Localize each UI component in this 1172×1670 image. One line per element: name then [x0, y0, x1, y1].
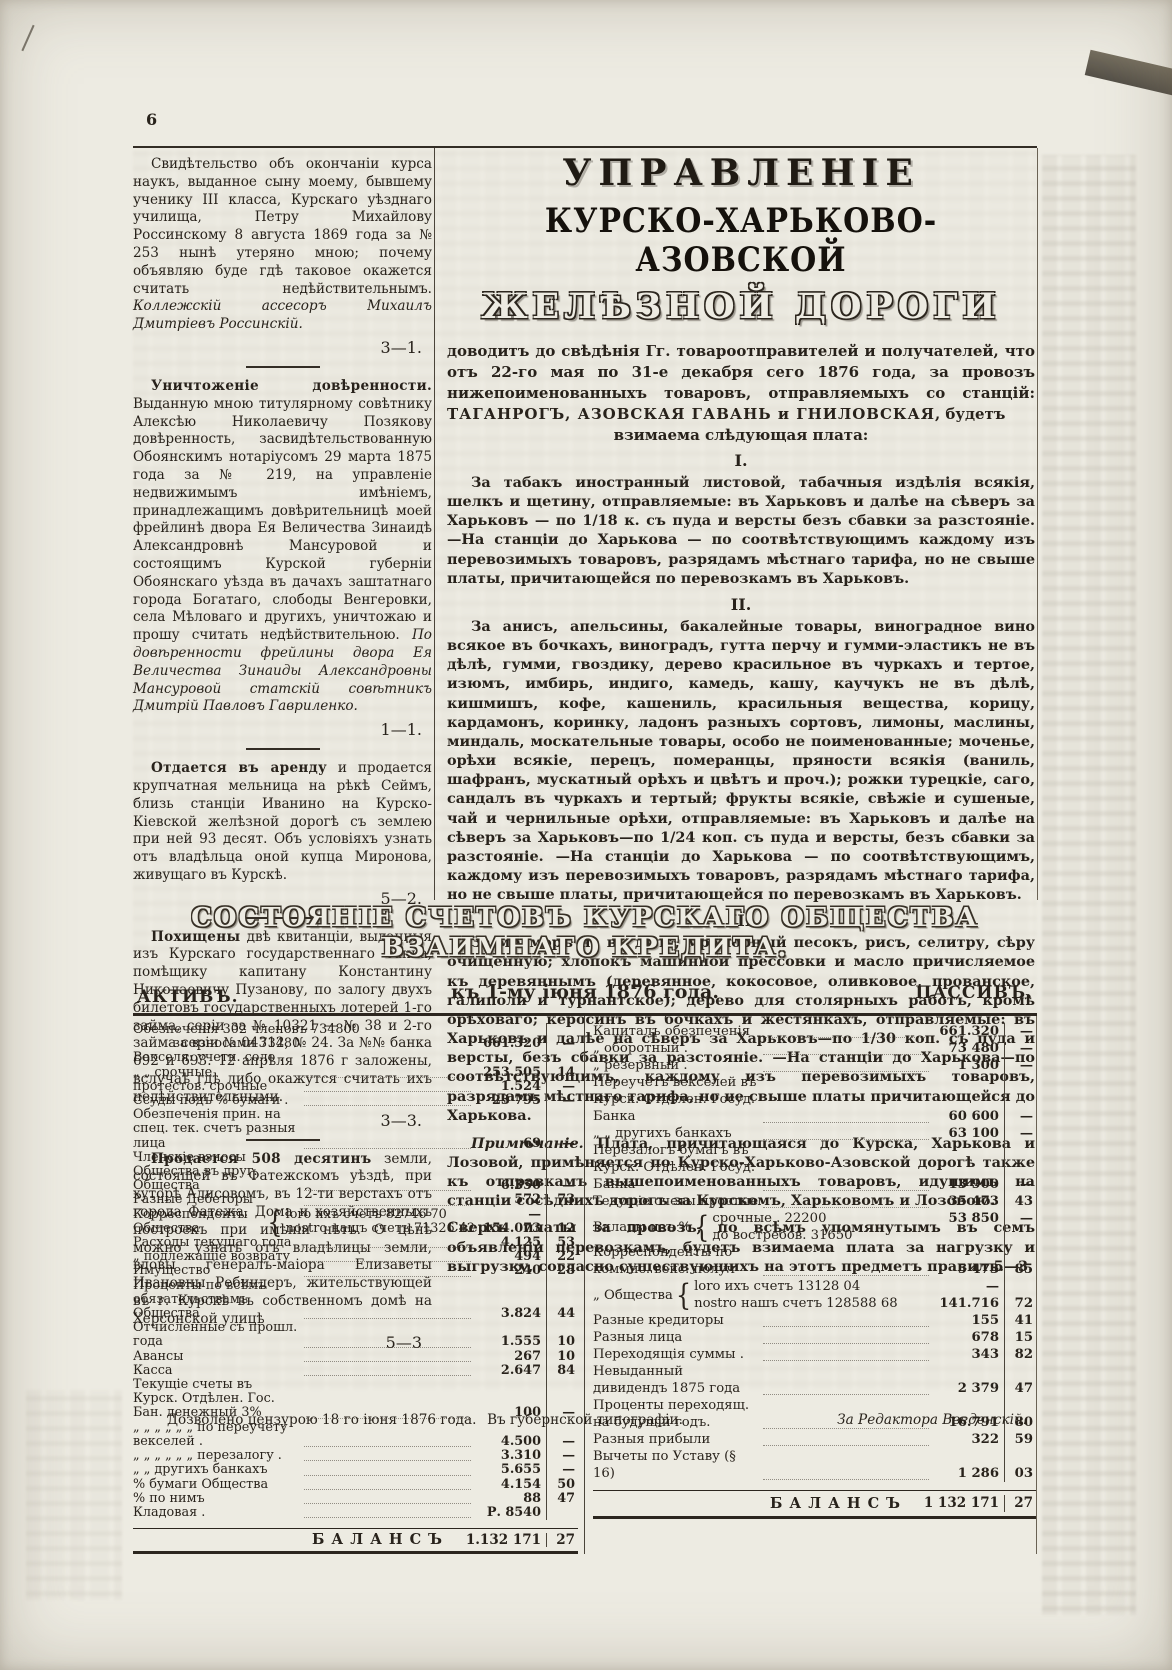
kopecks-value: 47: [1007, 1380, 1033, 1397]
kopecks-value: —: [1007, 1125, 1033, 1142]
table-row: „ „ другихъ банкахъ63 100—: [593, 1125, 1036, 1142]
kopecks-cell: 47: [546, 1492, 578, 1506]
table-row: Невыданный дивидендъ 1875 года2 37947: [593, 1363, 1036, 1397]
row-label: Переучетъ векселей въ Курск. Отдѣлен. Го…: [593, 1074, 759, 1125]
table-row: Кладовая .Р. 8540: [133, 1506, 578, 1520]
kopecks-cell: —: [1004, 1142, 1036, 1193]
kopecks-value: —: [549, 1137, 575, 1151]
rubles-cell: 2 379: [933, 1380, 999, 1397]
ad-separator-rule: [246, 748, 320, 750]
row-label-text: Капиталъ обезпеченія: [593, 1023, 759, 1040]
kopecks-value: [1007, 1278, 1033, 1295]
kopecks-cell: —: [1004, 1057, 1036, 1074]
row-label: Векселя: учетн. соло .: [133, 1051, 475, 1065]
kopecks-value: 14: [549, 1066, 575, 1080]
kopecks-cell: 10: [546, 1321, 578, 1349]
rubles-cell: 253.505: [475, 1066, 541, 1080]
rubles-cell: 1 286: [933, 1465, 999, 1482]
dot-leader: [304, 1081, 471, 1092]
brace-line: до востребов. 31650: [712, 1227, 852, 1244]
kopecks-value: —: [549, 1094, 575, 1108]
rubles-cell: 4.500: [475, 1435, 541, 1449]
kopecks-cell: 03: [1004, 1448, 1036, 1482]
kopecks-value: —: [1007, 1023, 1033, 1040]
row-label-text: Авансы: [133, 1350, 300, 1364]
rubles-value: 1.555: [475, 1335, 541, 1349]
kopecks-value: [549, 1023, 575, 1037]
row-label: Касса: [133, 1364, 300, 1378]
dot-leader: [304, 1465, 471, 1476]
ad-separator-rule: [246, 366, 320, 368]
row-label-text: Корреспонденты Общества: [133, 1208, 264, 1236]
dot-leader: [304, 1479, 471, 1490]
kopecks-cell: 15: [1004, 1329, 1036, 1346]
table-row: Векселя: учетн. соло .: [133, 1051, 578, 1065]
row-label: „ подлежащіе возврату: [133, 1250, 300, 1264]
brace-line: loro ихъ счетъ 82746 70: [286, 1208, 475, 1222]
row-label-text: Текущіе счеты простые: [593, 1193, 759, 1210]
brace-lines: срочные . 22200до востребов. 31650: [712, 1210, 852, 1244]
row-label: Невыданный дивидендъ 1875 года: [593, 1363, 759, 1397]
dot-leader: [763, 1197, 929, 1208]
kopecks-cell: 44: [546, 1279, 578, 1322]
rubles-value: 322: [933, 1431, 999, 1448]
row-label: Перезалогъ бумагъ въ Курск. Отдѣлен. Гос…: [593, 1142, 759, 1193]
table-row: Авансы26710: [133, 1350, 578, 1364]
rubles-cell: 2.647: [475, 1364, 541, 1378]
dot-leader: [304, 1138, 471, 1149]
rubles-cell: 661.320: [475, 1023, 541, 1051]
editor-line: За Редактора Введенскій.: [837, 1412, 1027, 1428]
table-row: Отчисленные съ прошл. года1.55510: [133, 1321, 578, 1349]
kopecks-value: 50: [549, 1478, 575, 1492]
table-row: „ оборотный .73 480—: [593, 1040, 1036, 1057]
rubles-value: 60 600: [933, 1108, 999, 1125]
row-label-text: Вклады изъ %: [593, 1219, 691, 1236]
row-label: „ Общества{loro ихъ счетъ 13128 04nostro…: [593, 1278, 933, 1312]
row-label-text: Векселя: учетн. соло .: [133, 1051, 475, 1065]
row-label: Вычеты по Уставу (§ 16): [593, 1448, 759, 1482]
kopecks-cell: 41: [1004, 1312, 1036, 1329]
rubles-value: 343: [933, 1346, 999, 1363]
kopecks-cell: 59: [1004, 1431, 1036, 1448]
dot-leader: [304, 1266, 471, 1277]
kopecks-value: 53: [549, 1236, 575, 1250]
table-row: Вклады изъ %{срочные . 22200до востребов…: [593, 1210, 1036, 1244]
row-label-text: Переучетъ векселей въ Курск. Отдѣлен. Го…: [593, 1074, 759, 1125]
kopecks-value: 73: [549, 1193, 575, 1207]
row-label-text: „ подлежащіе возврату: [133, 1250, 300, 1264]
rubles-cell: 5.655: [475, 1463, 541, 1477]
balance-label: БАЛАНСЪ: [133, 1533, 463, 1547]
right-edge-rule: [1037, 148, 1038, 900]
station-names: ТАГАНРОГЪ, АЗОВСКАЯ ГАВАНЬ и ГНИЛОВСКАЯ: [447, 405, 935, 423]
page-number: 6: [146, 110, 157, 129]
dot-leader: [763, 1435, 929, 1446]
kopecks-value: 85: [1007, 1261, 1033, 1278]
dot-leader: [304, 1067, 471, 1078]
kopecks-cell: —: [546, 1449, 578, 1463]
rubles-cell: 343: [933, 1346, 999, 1363]
table-row: „ подлежащіе возврату49422: [133, 1250, 578, 1264]
row-label: Кладовая .: [133, 1506, 300, 1520]
dot-leader: [304, 1238, 471, 1249]
kopecks-cell: 73: [546, 1193, 578, 1207]
rubles-value: 4.154: [475, 1478, 541, 1492]
row-label-text: за взносами 73480: [133, 1037, 475, 1051]
dot-leader: [763, 1061, 929, 1072]
rubles-value: 4.125: [475, 1236, 541, 1250]
kopecks-cell: —: [546, 1151, 578, 1194]
balance-row: БАЛАНСЪ1.132 17127: [133, 1528, 578, 1554]
rubles-cell: 4.154: [475, 1478, 541, 1492]
brace-lines: loro ихъ счетъ 82746 70nostro нашъ счетъ…: [286, 1208, 475, 1236]
kopecks-value: —: [549, 1463, 575, 1477]
row-label: Корреспонденты Общества{loro ихъ счетъ 8…: [133, 1208, 475, 1236]
rubles-cell: 155: [933, 1312, 999, 1329]
row-label: Вклады изъ %{срочные . 22200до востребов…: [593, 1210, 933, 1244]
assets-table: Обезпеченія 302 членовъ 734800за взносам…: [133, 1016, 585, 1554]
rubles-cell: 240: [475, 1264, 541, 1278]
row-label-text: Переходящія суммы .: [593, 1346, 759, 1363]
dot-leader: [304, 1493, 471, 1504]
row-label-text: „ „ срочные: [133, 1066, 300, 1080]
rubles-value: 6.350: [475, 1179, 541, 1193]
balance-label: БАЛАНСЪ: [593, 1495, 921, 1512]
kopecks-cell: —: [1004, 1125, 1036, 1142]
table-row: Разныя лица67815: [593, 1329, 1036, 1346]
table-row: Обезпеченія прин. на спец. тек. счетъ ра…: [133, 1108, 578, 1151]
dot-leader: [763, 1180, 929, 1191]
row-label: Членскіе взносы Общества въ друг. Общест…: [133, 1151, 300, 1194]
rubles-value: 1 286: [933, 1465, 999, 1482]
rubles-value: Р. 8540: [475, 1506, 541, 1520]
row-label: Имущество: [133, 1264, 300, 1278]
brace-group: „ Общества{loro ихъ счетъ 13128 04nostro…: [593, 1278, 933, 1312]
intro-tail: взимаема слѣдующая плата:: [447, 426, 1035, 444]
row-label-text: Обезпеченія прин. на спец. тек. счетъ ра…: [133, 1108, 300, 1151]
brace-line: loro ихъ счетъ 13128 04: [694, 1278, 898, 1295]
row-label: % бумаги Общества: [133, 1478, 300, 1492]
kopecks-value: 44: [549, 1307, 575, 1321]
row-label-text: Касса: [133, 1364, 300, 1378]
rubles-value: 1 300: [933, 1057, 999, 1074]
dot-leader: [763, 1384, 929, 1395]
kopecks-cell: 10: [546, 1350, 578, 1364]
rubles-value: 661.320: [933, 1023, 999, 1040]
classified-ad: Свидѣтельство объ окончаніи курса наукъ,…: [133, 156, 432, 334]
rubles-value: 2.647: [475, 1364, 541, 1378]
table-row: Вычеты по Уставу (§ 16)1 28603: [593, 1448, 1036, 1482]
bleed-through-right-margin: [1042, 155, 1136, 1615]
row-label-text: Отчисленные съ прошл. года: [133, 1321, 300, 1349]
balance-kopecks: 27: [1004, 1495, 1036, 1512]
table-row: Перезалогъ бумагъ въ Курск. Отдѣлен. Гос…: [593, 1142, 1036, 1193]
rubles-value: 661.320: [475, 1037, 541, 1051]
ad-signature: Коллежскій ассесоръ Михаилъ Дмитріевъ Ро…: [133, 298, 432, 332]
rubles-value: 23 795: [475, 1094, 541, 1108]
dot-leader: [304, 1437, 471, 1448]
kopecks-value: —: [1007, 1210, 1033, 1227]
rubles-cell: 1.524: [475, 1080, 541, 1094]
ad-body: Свидѣтельство объ окончаніи курса наукъ,…: [133, 156, 432, 297]
kopecks-value: [1007, 1227, 1033, 1244]
brace-line: срочные . 22200: [712, 1210, 852, 1227]
table-row: Имущество24028: [133, 1264, 578, 1278]
kopecks-value: [549, 1506, 575, 1520]
kopecks-cell: 14: [546, 1066, 578, 1080]
row-label: „ „ срочные: [133, 1066, 300, 1080]
table-row: Текущіе счеты простые35 47343: [593, 1193, 1036, 1210]
rubles-value: 4.500: [475, 1435, 541, 1449]
dot-leader: [763, 1044, 929, 1055]
kopecks-cell: 85: [1004, 1244, 1036, 1278]
ad-body: и продается крупчатная мельница на рѣкѣ …: [133, 760, 432, 883]
dot-leader: [763, 1112, 929, 1123]
rubles-value: [475, 1023, 541, 1037]
row-label-text: „ резервный .: [593, 1057, 759, 1074]
kopecks-value: —: [1007, 1176, 1033, 1193]
ad-repeat-mark: 1—1.: [133, 720, 432, 739]
rubles-cell: [475, 1051, 541, 1065]
row-label: „ „ другихъ банкахъ: [593, 1125, 759, 1142]
rubles-value: 2 379: [933, 1380, 999, 1397]
liabilities-header: ПАССИВЪ.: [915, 983, 1033, 1003]
kopecks-cell: [546, 1051, 578, 1065]
dot-leader: [763, 1027, 929, 1038]
kopecks-cell: 28: [546, 1264, 578, 1278]
row-label: „ резервный .: [593, 1057, 759, 1074]
ad-body: Выданную мною титулярному совѣтнику Алек…: [133, 396, 432, 643]
rubles-value: 494: [475, 1250, 541, 1264]
rubles-cell: 494: [475, 1250, 541, 1264]
dot-leader: [304, 1181, 471, 1192]
rubles-value: 69: [475, 1137, 541, 1151]
table-row: Переучетъ векселей въ Курск. Отдѣлен. Го…: [593, 1074, 1036, 1125]
row-label: Обезпеченія прин. на спец. тек. счетъ ра…: [133, 1108, 300, 1151]
table-row: Обезпеченія 302 членовъ 734800за взносам…: [133, 1023, 578, 1051]
row-label: Авансы: [133, 1350, 300, 1364]
rubles-cell: Р. 8540: [475, 1506, 541, 1520]
row-label: Разныя прибыли: [593, 1431, 759, 1448]
kopecks-value: —: [549, 1449, 575, 1463]
table-row: Членскіе взносы Общества въ друг. Общест…: [133, 1151, 578, 1194]
row-label-text: „ оборотный .: [593, 1040, 759, 1057]
section-number: I.: [447, 451, 1035, 470]
row-label-text: Кладовая .: [133, 1506, 300, 1520]
dot-leader: [304, 1337, 471, 1348]
rubles-cell: 661.320: [933, 1023, 999, 1040]
row-label-text: „ „ „ „ „ „ перезалогу .: [133, 1449, 300, 1463]
rubles-value: 5 473: [933, 1261, 999, 1278]
kopecks-cell: 72: [1004, 1278, 1036, 1312]
row-label: Разныя лица: [593, 1329, 759, 1346]
table-row: Переходящія суммы .34382: [593, 1346, 1036, 1363]
dot-leader: [763, 1316, 929, 1327]
bleed-through-bottom-left: [26, 1390, 122, 1600]
rubles-cell: 23 795: [475, 1094, 541, 1108]
rubles-value: 63 100: [933, 1125, 999, 1142]
kopecks-cell: 50: [546, 1478, 578, 1492]
rubles-cell: 6.350: [475, 1179, 541, 1193]
dot-leader: [304, 1252, 471, 1263]
brace-line: nostro нашъ счетъ 128588 68: [694, 1295, 898, 1312]
kopecks-cell: —: [546, 1094, 578, 1108]
row-label-text: Перезалогъ бумагъ въ Курск. Отдѣлен. Гос…: [593, 1142, 759, 1193]
kopecks-value: 15: [1007, 1329, 1033, 1346]
row-label-text: „ „ другихъ банкахъ: [133, 1463, 300, 1477]
section-body: За анисъ, апельсины, бакалейные товары, …: [447, 618, 1035, 903]
rubles-value: 240: [475, 1264, 541, 1278]
row-label: Отчисленные съ прошл. года: [133, 1321, 300, 1349]
kopecks-value: 22: [549, 1250, 575, 1264]
railway-masthead-line1: УПРАВЛЕНІЕ: [447, 152, 1035, 194]
rubles-value: 53 850: [933, 1210, 999, 1227]
brace-line: nostro нашъ счетъ 71326 42: [286, 1222, 475, 1236]
rubles-cell: 63 100: [933, 1125, 999, 1142]
row-label: Проценты по всѣмъ обязательствамъ Общест…: [133, 1279, 300, 1322]
table-row: % бумаги Общества4.15450: [133, 1478, 578, 1492]
table-row: Ссуды подъ % бумаги .23 795—: [133, 1094, 578, 1108]
kopecks-value: 03: [1007, 1465, 1033, 1482]
row-label-text: Разные кредиторы: [593, 1312, 759, 1329]
kopecks-cell: 22: [546, 1250, 578, 1264]
dot-leader: [763, 1350, 929, 1361]
rubles-value: 13 900: [933, 1176, 999, 1193]
scan-mark-artifact: [21, 25, 34, 51]
dot-leader: [304, 1309, 471, 1320]
dot-leader: [304, 1508, 471, 1519]
rubles-value: 3.824: [475, 1307, 541, 1321]
table-row: „ Общества{loro ихъ счетъ 13128 04nostro…: [593, 1278, 1036, 1312]
row-label-text: Членскіе взносы Общества въ друг. Общест…: [133, 1151, 300, 1194]
dot-leader: [304, 1451, 471, 1462]
brace-glyph: {: [676, 1284, 691, 1305]
table-row: Проценты по всѣмъ обязательствамъ Общест…: [133, 1279, 578, 1322]
railway-intro: доводитъ до свѣдѣнія Гг. товароотправите…: [447, 341, 1035, 425]
balance-rubles: 1.132 171: [463, 1533, 541, 1547]
kopecks-cell: 82: [1004, 1346, 1036, 1363]
row-label-text: Вычеты по Уставу (§ 16): [593, 1448, 759, 1482]
kopecks-cell: [546, 1506, 578, 1520]
rubles-value: —: [933, 1278, 999, 1295]
kopecks-value: 59: [1007, 1431, 1033, 1448]
row-label-text: Обезпеченія 302 членовъ 734800: [133, 1023, 475, 1037]
kopecks-value: —: [1007, 1057, 1033, 1074]
kopecks-value: 10: [549, 1350, 575, 1364]
statement-date: къ 1-му іюня 1876 года.: [133, 981, 1037, 1003]
rubles-value: —: [475, 1208, 541, 1222]
row-label: Ссуды подъ % бумаги .: [133, 1094, 300, 1108]
rubles-value: 141.716: [933, 1295, 999, 1312]
dot-leader: [763, 1469, 929, 1480]
row-label: „ оборотный .: [593, 1040, 759, 1057]
kopecks-value: —: [549, 1037, 575, 1051]
table-row: Касса2.64784: [133, 1364, 578, 1378]
kopecks-cell: —: [1004, 1040, 1036, 1057]
table-row: „ резервный .1 300—: [593, 1057, 1036, 1074]
brace-lines: loro ихъ счетъ 13128 04nostro нашъ счетъ…: [694, 1278, 898, 1312]
kopecks-value: [549, 1208, 575, 1222]
rubles-value: [933, 1227, 999, 1244]
row-label-text: Проценты по всѣмъ обязательствамъ Общест…: [133, 1279, 300, 1322]
table-row: протестов. срочные1.524—: [133, 1080, 578, 1094]
dot-leader: [763, 1265, 929, 1276]
kopecks-value: —: [1007, 1108, 1033, 1125]
rubles-value: 678: [933, 1329, 999, 1346]
rubles-cell: 73 480: [933, 1040, 999, 1057]
row-label-text: „ Общества: [593, 1287, 673, 1304]
ad-lead: Уничтоженіе довѣренности.: [151, 378, 432, 394]
section-text: За табакъ иностранный листовой, табачныя…: [447, 473, 1035, 588]
rubles-value: 253.505: [475, 1066, 541, 1080]
rubles-cell: 5 473: [933, 1261, 999, 1278]
table-row: Корреспонденты по коммис. векс. получ5 4…: [593, 1244, 1036, 1278]
rubles-value: 35 473: [933, 1193, 999, 1210]
section-text: За анисъ, апельсины, бакалейные товары, …: [447, 617, 1035, 904]
rubles-cell: 1 300: [933, 1057, 999, 1074]
table-row: „ „ срочные253.50514: [133, 1066, 578, 1080]
dot-leader: [304, 1351, 471, 1362]
row-label: Обезпеченія 302 членовъ 734800за взносам…: [133, 1023, 475, 1051]
row-label-text: Разныя лица: [593, 1329, 759, 1346]
kopecks-value: —: [549, 1179, 575, 1193]
rubles-value: 154.073: [475, 1222, 541, 1236]
intro-text-post: , будетъ: [935, 405, 1005, 423]
scan-edge-artifact: [1085, 50, 1172, 105]
kopecks-value: 47: [549, 1492, 575, 1506]
rubles-value: [475, 1051, 541, 1065]
table-row: Расходы текущаго года4.12553: [133, 1236, 578, 1250]
rubles-value: 3.310: [475, 1449, 541, 1463]
classified-ad: Уничтоженіе довѣренности. Выданную мною …: [133, 378, 432, 716]
kopecks-value: 10: [549, 1335, 575, 1349]
rubles-value: 267: [475, 1350, 541, 1364]
row-label: Разные кредиторы: [593, 1312, 759, 1329]
table-row: „ „ другихъ банкахъ5.655—: [133, 1463, 578, 1477]
table-row: Разныя прибыли32259: [593, 1431, 1036, 1448]
dot-leader: [304, 1365, 471, 1376]
kopecks-cell: —: [1004, 1074, 1036, 1125]
kopecks-cell: —: [1004, 1023, 1036, 1040]
table-row: Капиталъ обезпеченія661.320—: [593, 1023, 1036, 1040]
rubles-cell: 1.555: [475, 1335, 541, 1349]
row-label-text: % по нимъ: [133, 1492, 300, 1506]
kopecks-value: —: [549, 1435, 575, 1449]
rubles-cell: 267: [475, 1350, 541, 1364]
rubles-value: 73 480: [933, 1040, 999, 1057]
kopecks-cell: 43: [1004, 1193, 1036, 1210]
row-label-text: Ссуды подъ % бумаги .: [133, 1094, 300, 1108]
kopecks-cell: —: [1004, 1210, 1036, 1244]
kopecks-value: 82: [1007, 1346, 1033, 1363]
kopecks-cell: 47: [1004, 1363, 1036, 1397]
row-label: Капиталъ обезпеченія: [593, 1023, 759, 1040]
kopecks-cell: —: [546, 1108, 578, 1151]
rubles-cell: 60 600: [933, 1108, 999, 1125]
table-row: Корреспонденты Общества{loro ихъ счетъ 8…: [133, 1208, 578, 1236]
row-label-text: протестов. срочные: [133, 1080, 300, 1094]
row-label-text: Имущество: [133, 1264, 300, 1278]
row-label-text: „ „ другихъ банкахъ: [593, 1125, 759, 1142]
kopecks-value: 28: [549, 1264, 575, 1278]
row-label: „ „ „ „ „ „ перезалогу .: [133, 1449, 300, 1463]
rubles-cell: 13 900: [933, 1176, 999, 1193]
rubles-cell: 322: [933, 1431, 999, 1448]
ad-lead: Отдается въ аренду: [151, 760, 327, 776]
railway-masthead-line3: ЖЕЛѢЗНОЙ ДОРОГИ: [447, 286, 1035, 327]
dot-leader: [763, 1333, 929, 1344]
